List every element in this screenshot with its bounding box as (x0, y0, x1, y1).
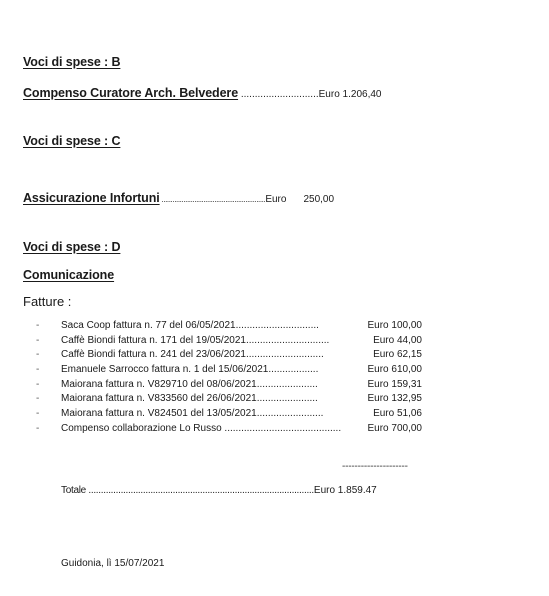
section-c-item-amount: 250,00 (303, 194, 334, 205)
total-label: Totale .................................… (61, 485, 314, 496)
invoice-item: - Saca Coop fattura n. 77 del 06/05/2021… (36, 319, 426, 334)
invoice-amount: Euro 610,00 (368, 363, 423, 378)
section-d-subheading: Comunicazione (23, 268, 114, 282)
section-c-item: Assicurazione Infortuni ................… (23, 189, 334, 207)
section-c-item-label: Assicurazione Infortuni (23, 191, 160, 205)
section-c-item-currency: Euro (265, 194, 286, 205)
invoice-item: - Maiorana fattura n. V824501 del 13/05/… (36, 407, 426, 422)
invoice-item: - Emanuele Sarrocco fattura n. 1 del 15/… (36, 363, 426, 378)
invoice-amount: Euro 159,31 (368, 378, 423, 393)
section-d-heading: Voci di spese : D (23, 240, 120, 254)
list-bullet: - (36, 422, 39, 437)
section-b-item-amount: Euro 1.206,40 (319, 89, 382, 100)
section-b-item-dots: ............................ (238, 89, 319, 100)
invoice-text: Emanuele Sarrocco fattura n. 1 del 15/06… (61, 363, 318, 378)
fatture-label: Fatture : (23, 294, 71, 309)
invoice-amount: Euro 132,95 (368, 392, 423, 407)
invoice-item: - Maiorana fattura n. V833560 del 26/06/… (36, 392, 426, 407)
total-line: Totale .................................… (61, 485, 377, 496)
list-bullet: - (36, 407, 39, 422)
invoice-item: - Maiorana fattura n. V829710 del 08/06/… (36, 378, 426, 393)
invoice-text: Maiorana fattura n. V824501 del 13/05/20… (61, 407, 323, 422)
invoice-item: - Caffè Biondi fattura n. 241 del 23/06/… (36, 348, 426, 363)
invoice-list: - Saca Coop fattura n. 77 del 06/05/2021… (36, 319, 426, 437)
invoice-amount: Euro 51,06 (373, 407, 422, 422)
invoice-text: Maiorana fattura n. V833560 del 26/06/20… (61, 392, 318, 407)
place-date: Guidonia, lì 15/07/2021 (61, 558, 164, 569)
invoice-text: Caffè Biondi fattura n. 171 del 19/05/20… (61, 334, 329, 349)
section-b-item-label: Compenso Curatore Arch. Belvedere (23, 86, 238, 100)
total-separator: --------------------- (342, 461, 408, 472)
total-amount: Euro 1.859.47 (314, 485, 377, 496)
list-bullet: - (36, 392, 39, 407)
invoice-item: - Compenso collaborazione Lo Russo .....… (36, 422, 426, 437)
invoice-text: Caffè Biondi fattura n. 241 del 23/06/20… (61, 348, 324, 363)
section-b-heading: Voci di spese : B (23, 55, 120, 69)
list-bullet: - (36, 363, 39, 378)
invoice-text: Saca Coop fattura n. 77 del 06/05/2021..… (61, 319, 319, 334)
invoice-text: Maiorana fattura n. V829710 del 08/06/20… (61, 378, 318, 393)
list-bullet: - (36, 378, 39, 393)
invoice-text: Compenso collaborazione Lo Russo .......… (61, 422, 341, 437)
invoice-item: - Caffè Biondi fattura n. 171 del 19/05/… (36, 334, 426, 349)
invoice-amount: Euro 62,15 (373, 348, 422, 363)
section-b-item: Compenso Curatore Arch. Belvedere ......… (23, 84, 381, 102)
list-bullet: - (36, 334, 39, 349)
invoice-amount: Euro 100,00 (368, 319, 423, 334)
section-c-item-dots: ........................................… (160, 195, 266, 204)
invoice-amount: Euro 700,00 (368, 422, 423, 437)
section-c-heading: Voci di spese : C (23, 134, 120, 148)
list-bullet: - (36, 319, 39, 334)
invoice-amount: Euro 44,00 (373, 334, 422, 349)
list-bullet: - (36, 348, 39, 363)
